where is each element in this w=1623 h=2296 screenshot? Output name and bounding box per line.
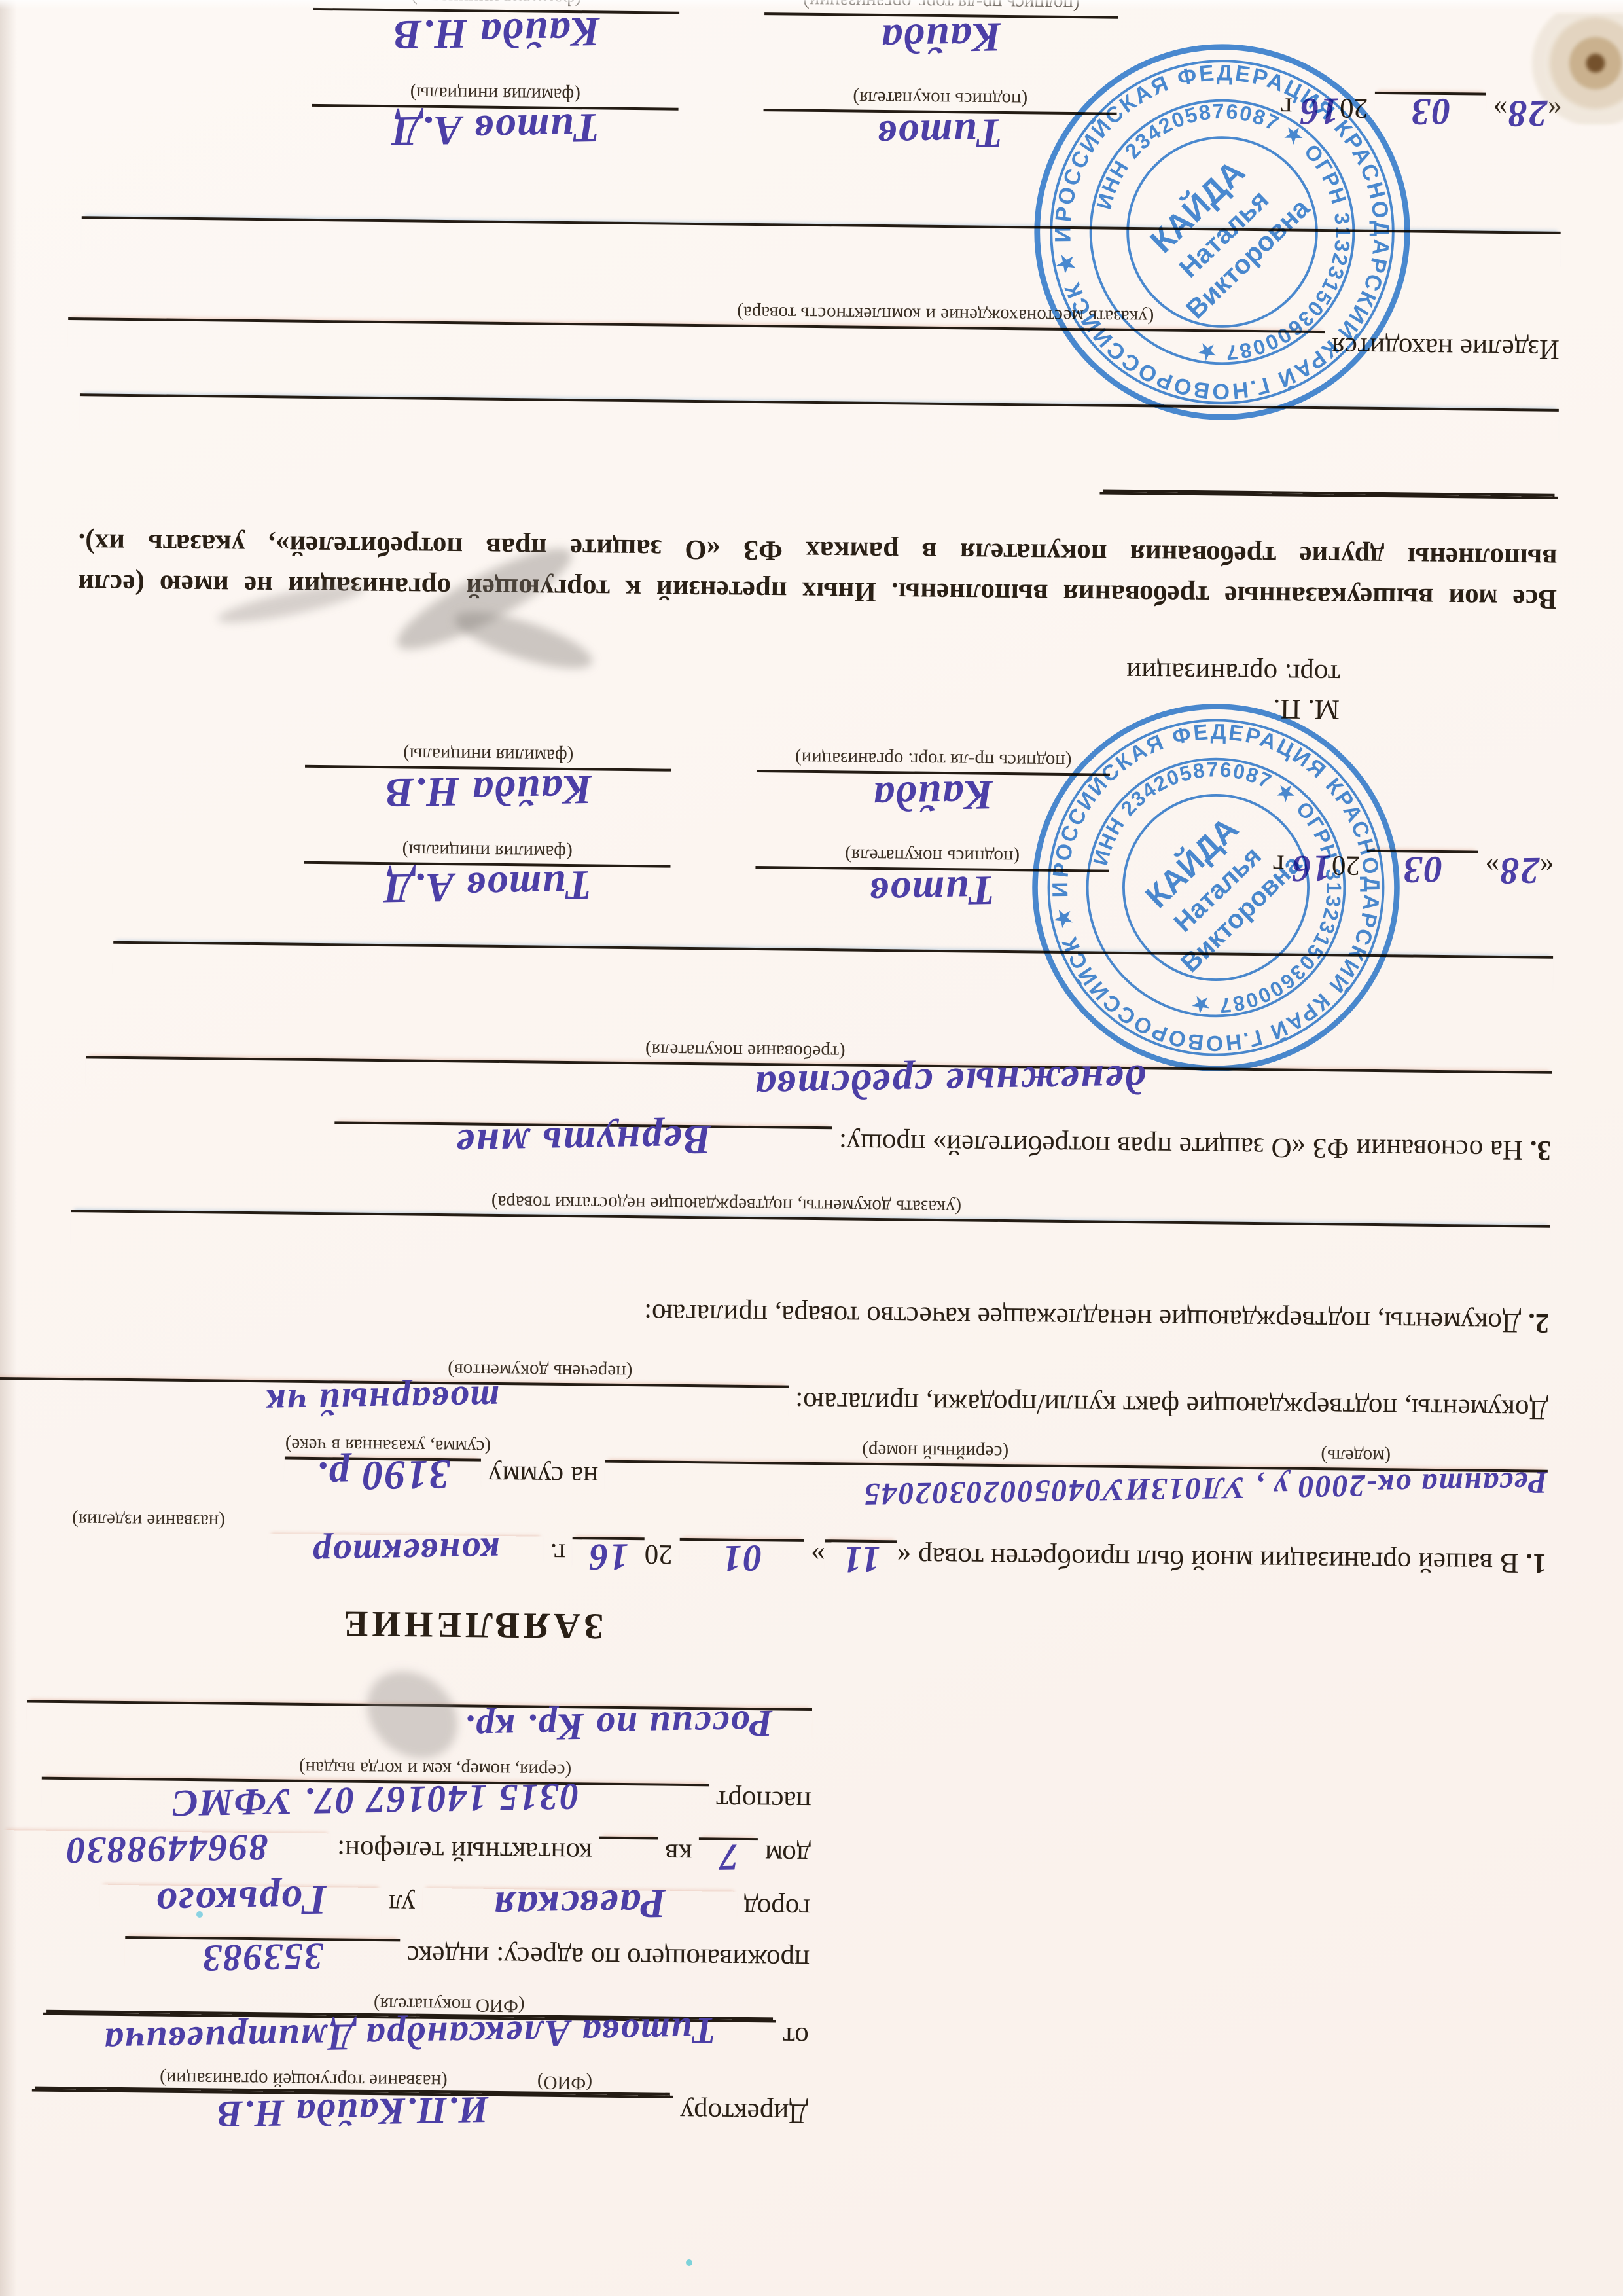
house-field: 7 xyxy=(699,1838,758,1875)
city-field: Раевская xyxy=(422,1888,737,1926)
address-line: проживающего по адресу: индекс 353983 xyxy=(63,1935,810,1980)
sig2-seller-signature: Кайда xyxy=(880,18,1002,58)
sig1-day-handwriting: 28 xyxy=(1499,853,1541,888)
item-2: 2. Документы, подтверждающие ненадлежаще… xyxy=(70,1187,1550,1338)
director-field: И.П.Кайда Н.В xyxy=(31,2089,673,2132)
model-field: Ресанта ок-2000 у , УЛ013ИУ0405002030204… xyxy=(605,1460,1548,1507)
item1-number: 1. xyxy=(1525,1547,1547,1578)
phone-handwriting: 8964498830 xyxy=(65,1830,268,1868)
street-field: Горького xyxy=(100,1885,382,1922)
passport-handwriting: 0315 140167 07. УФМС xyxy=(171,1780,579,1821)
city-label: город xyxy=(743,1893,810,1924)
item2-number: 2. xyxy=(1528,1307,1550,1338)
final-paragraph-rule xyxy=(1099,492,1558,533)
house-phone-line: дом 7 кв контактный телефон: 8964498830 xyxy=(64,1831,811,1875)
item1-product-field: конвектор xyxy=(268,1534,543,1570)
sig2-day-handwriting: 28 xyxy=(1507,96,1548,130)
item3-text: На основании ФЗ «О защите прав потребите… xyxy=(839,1128,1524,1166)
director-handwriting: И.П.Кайда Н.В xyxy=(216,2092,489,2131)
passport-label: паспорт xyxy=(716,1785,811,1817)
sig2-seller-name: Кайда Н.В (фамилия инициалы) xyxy=(312,0,679,54)
sig2-buyer-signature: Титов xyxy=(876,115,1003,154)
round-stamp-top: РОССИЙСКАЯ ФЕДЕРАЦИЯ КРАСНОДАРСКИЙ КРАЙ … xyxy=(1031,41,1414,423)
house-label: дом xyxy=(765,1839,811,1871)
sum-field: 3190 р. xyxy=(285,1457,482,1496)
item1-month-handwriting: 01 xyxy=(721,1541,762,1575)
item1-month-field: 01 xyxy=(679,1537,804,1575)
street-label: ул xyxy=(388,1889,416,1920)
from-label: от xyxy=(783,2021,809,2052)
item3-handwriting1: Вернуть мне xyxy=(455,1121,712,1162)
apt-field xyxy=(599,1837,658,1874)
sig1-buyer-name-handwriting: Титов А.Д xyxy=(382,867,592,908)
street-handwriting: Горького xyxy=(154,1881,327,1922)
item1-year-field: 16 xyxy=(572,1537,645,1574)
form-title: ЗАЯВЛЕНИЕ xyxy=(67,1600,604,1647)
sig2-month-handwriting: 03 xyxy=(1410,94,1451,129)
house-handwriting: 7 xyxy=(718,1840,739,1875)
from-handwriting: Титова Александра Дмитриевича xyxy=(103,2013,716,2058)
item1-g: г. xyxy=(550,1537,565,1568)
docs-field: товарный чк xyxy=(0,1377,789,1422)
city-line: город Раевская ул Горького xyxy=(64,1884,810,1926)
item2-text: Документы, подтверждающие ненадлежащее к… xyxy=(644,1298,1522,1338)
from-line: от Титова Александра Дмитриевича xyxy=(62,2013,809,2057)
round-stamp-middle: РОССИЙСКАЯ ФЕДЕРАЦИЯ КРАСНОДАРСКИЙ КРАЙ … xyxy=(1029,700,1403,1075)
index-field: 353983 xyxy=(124,1936,400,1975)
sig2-buyer-name: Титов А.Д (фамилия инициалы) xyxy=(312,81,679,151)
sig2-buyer-name-handwriting: Титов А.Д xyxy=(390,109,599,150)
director-line: Директору И.П.Кайда Н.В xyxy=(62,2089,808,2134)
address-label: проживающего по адресу: индекс xyxy=(406,1940,810,1975)
sig1-seller-name-handwriting: Кайда Н.В xyxy=(384,770,592,812)
cyan-speck xyxy=(686,2259,692,2266)
cyan-speck xyxy=(196,1911,203,1918)
index-handwriting: 353983 xyxy=(201,1939,323,1975)
from-field: Титова Александра Дмитриевича xyxy=(43,2012,776,2056)
sig2-seller-name-handwriting: Кайда Н.В xyxy=(392,13,600,54)
item-1: 1. В вашей организации мной был приобрет… xyxy=(67,1355,1548,1584)
sig1-buyer-signature: Титов xyxy=(868,872,995,912)
sum-label: на сумму xyxy=(488,1460,598,1492)
form-header: Директору И.П.Кайда Н.В (ФИО) (название … xyxy=(62,1700,812,2134)
apt-label: кв xyxy=(665,1838,692,1869)
phone-field: 8964498830 xyxy=(3,1830,330,1867)
sig1-seller-signature: Кайда xyxy=(872,776,994,816)
passport-field: 0315 140167 07. УФМС xyxy=(41,1777,709,1821)
item1-year-handwriting: 16 xyxy=(588,1539,629,1574)
sig1-seller-name: Кайда Н.В (фамилия инициалы) xyxy=(304,742,671,812)
item3-field1: Вернуть мне xyxy=(334,1121,832,1163)
scanned-page: Директору И.П.Кайда Н.В (ФИО) (название … xyxy=(0,0,1623,2296)
item3-number: 3. xyxy=(1529,1135,1551,1166)
docs-handwriting: товарный чк xyxy=(265,1382,500,1420)
item1-day-handwriting: 11 xyxy=(842,1542,881,1577)
model-handwriting: Ресанта ок-2000 у , УЛ013ИУ0405002030204… xyxy=(863,1468,1547,1508)
sig1-month-handwriting: 03 xyxy=(1402,852,1443,887)
city-handwriting: Раевская xyxy=(492,1885,666,1926)
docs-label: Документы, подтверждающие факт купли/про… xyxy=(795,1386,1548,1425)
passport-line: паспорт 0315 140167 07. УФМС xyxy=(65,1777,811,1821)
sig1-buyer-name: Титов А.Д (фамилия инициалы) xyxy=(304,838,671,908)
phone-label: контактный телефон: xyxy=(337,1835,592,1868)
sum-handwriting: 3190 р. xyxy=(315,1456,450,1496)
item1-product-handwriting: конвектор xyxy=(311,1533,500,1570)
director-label: Директору xyxy=(680,2096,808,2128)
item1-text: В вашей организации мной был приобретен … xyxy=(897,1541,1518,1578)
item1-year-print: 20 xyxy=(645,1538,673,1569)
passport-handwriting2: России по Кр. кр. xyxy=(463,1706,773,1746)
